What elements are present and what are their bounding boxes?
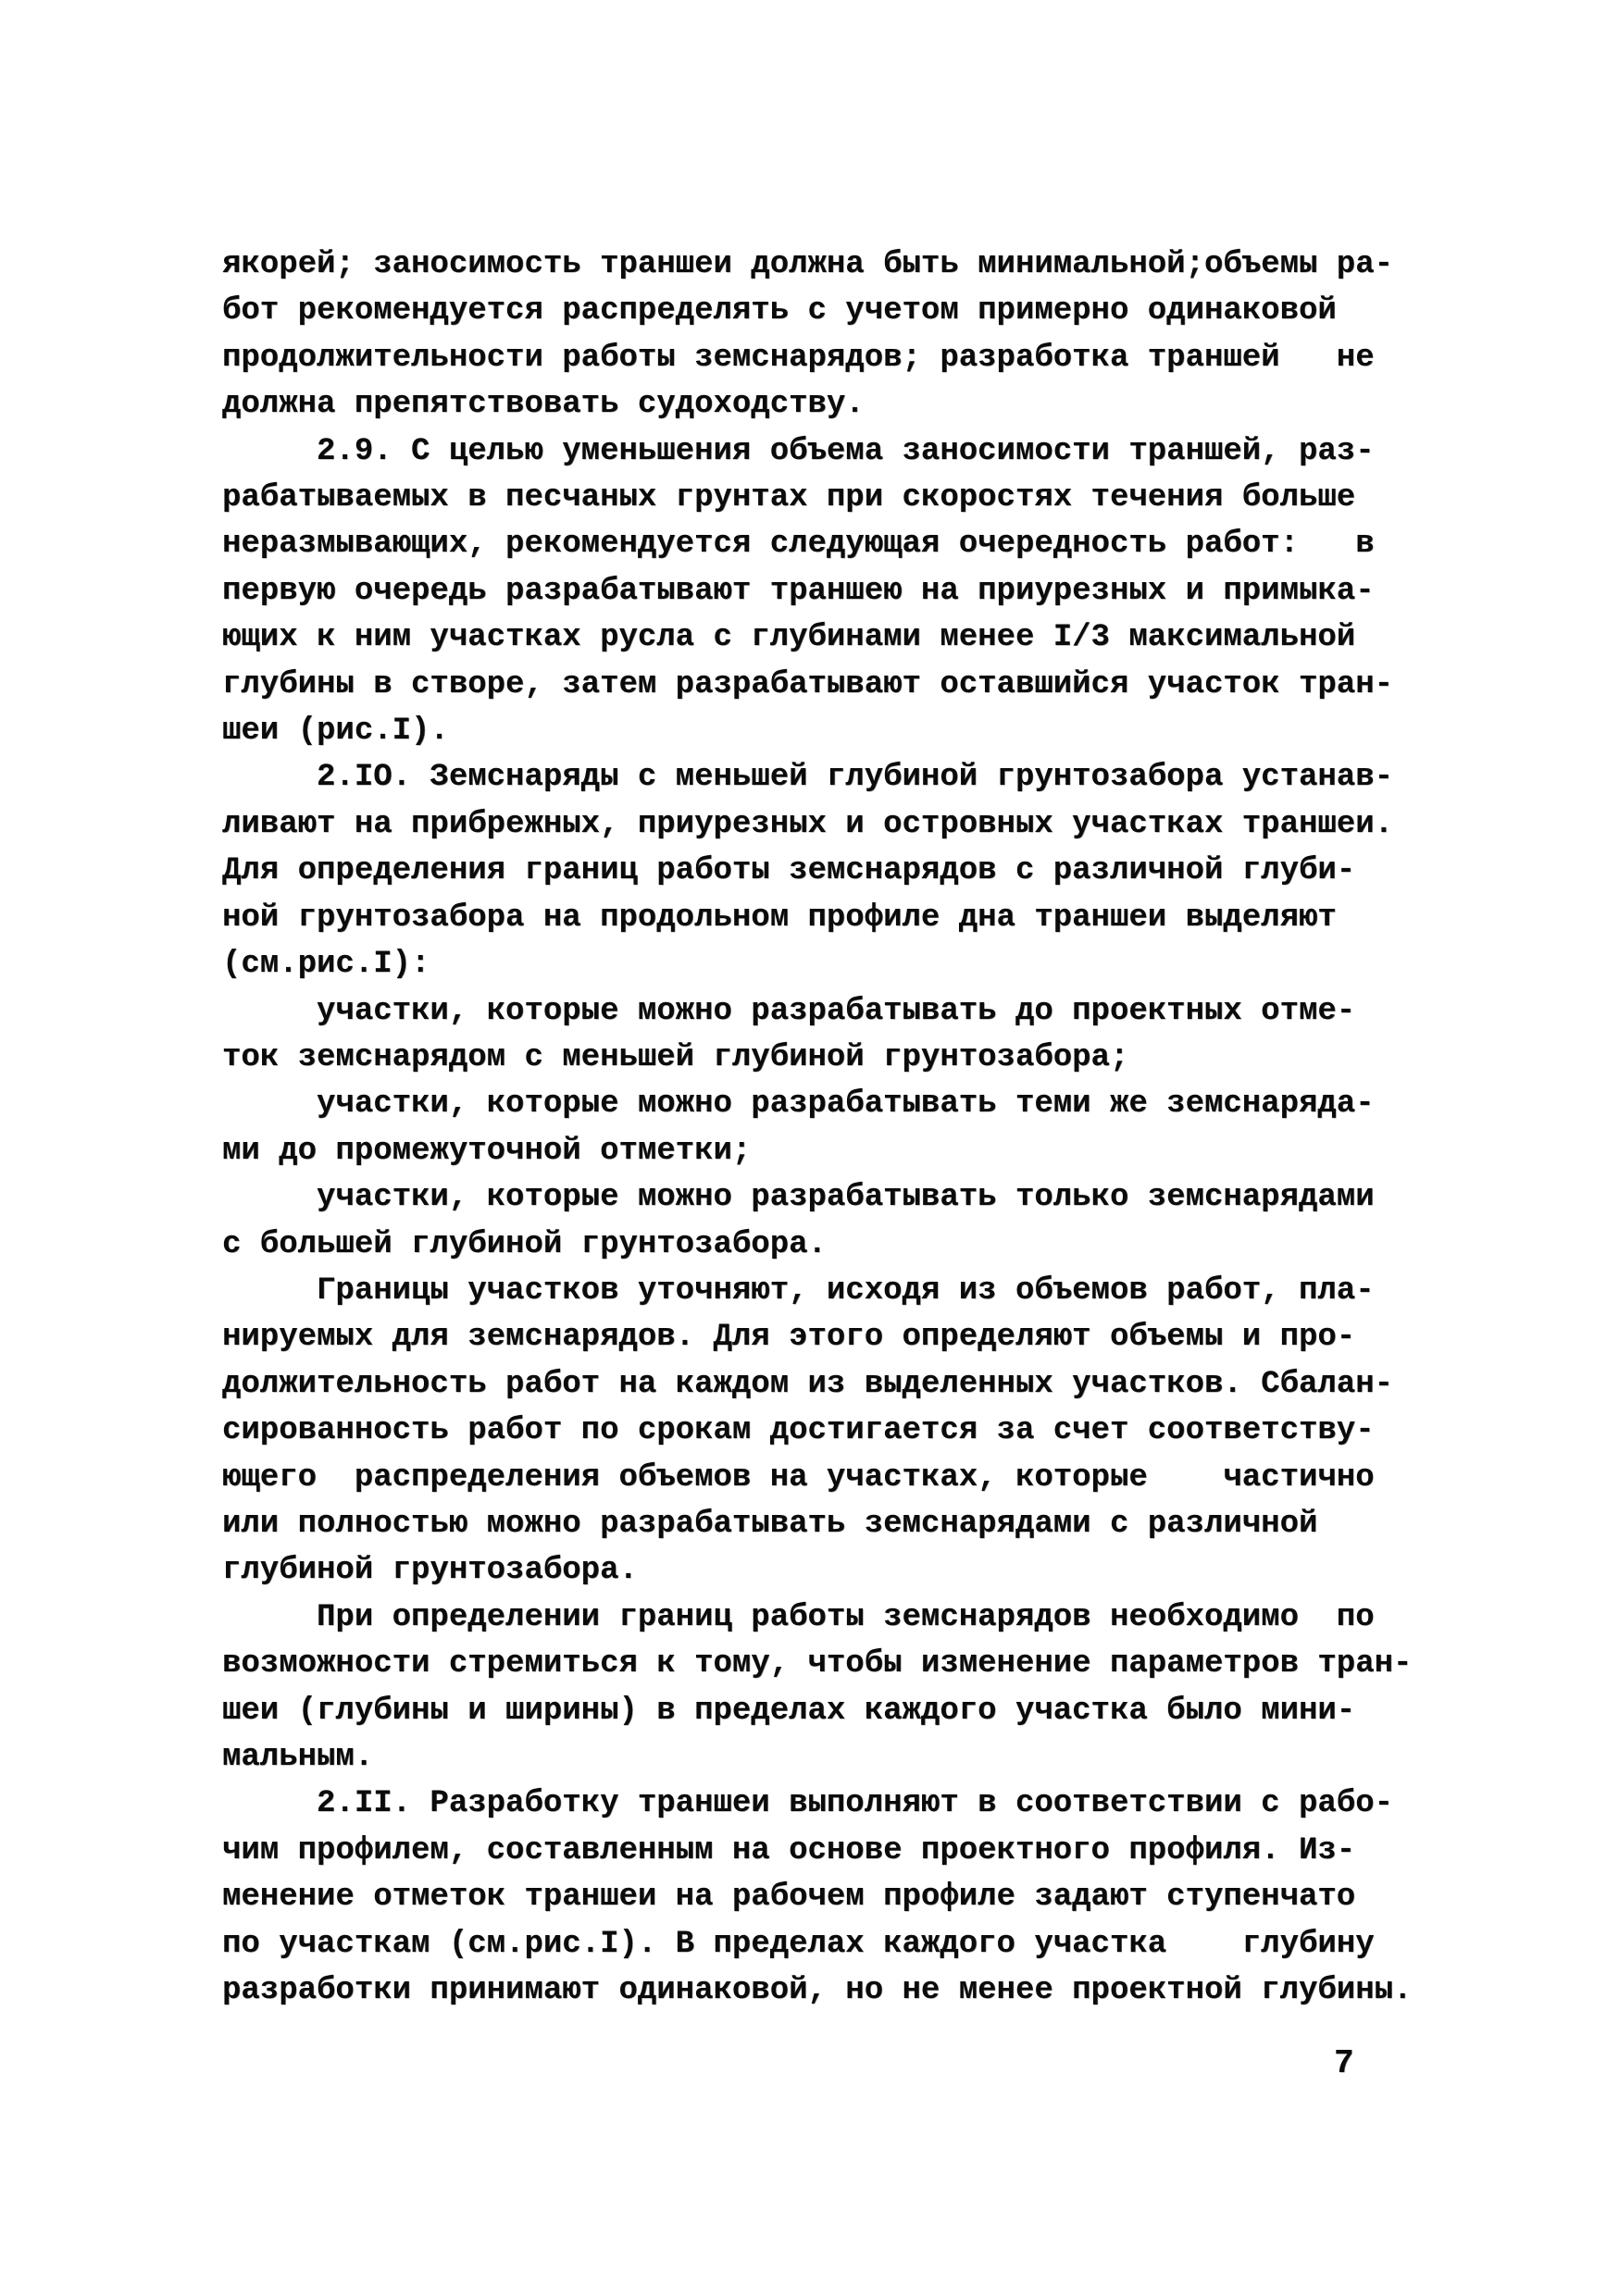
text-line: 2.IO. Земснаряды с меньшей глубиной грун…	[222, 754, 1435, 800]
text-line: ной грунтозабора на продольном профиле д…	[222, 895, 1435, 941]
body-text: якорей; заносимость траншеи должна быть …	[222, 242, 1435, 2014]
text-line: мальным.	[222, 1734, 1435, 1781]
text-line: участки, которые можно разрабатывать тем…	[222, 1081, 1435, 1127]
text-line: рабатываемых в песчаных грунтах при скор…	[222, 475, 1435, 521]
text-line: разработки принимают одинаковой, но не м…	[222, 1967, 1435, 2014]
text-line: участки, которые можно разрабатывать тол…	[222, 1174, 1435, 1221]
text-line: ющего распределения объемов на участках,…	[222, 1455, 1435, 1501]
text-line: шеи (рис.I).	[222, 708, 1435, 754]
text-line: возможности стремиться к тому, чтобы изм…	[222, 1641, 1435, 1687]
text-line: 2.9. С целью уменьшения объема заносимос…	[222, 428, 1435, 475]
text-line: ток земснарядом с меньшей глубиной грунт…	[222, 1035, 1435, 1081]
text-line: неразмывающих, рекомендуется следующая о…	[222, 521, 1435, 567]
text-line: сированность работ по срокам достигается…	[222, 1408, 1435, 1454]
text-line: шеи (глубины и ширины) в пределах каждог…	[222, 1688, 1435, 1734]
text-line: При определении границ работы земснарядо…	[222, 1595, 1435, 1641]
text-line: менение отметок траншеи на рабочем профи…	[222, 1874, 1435, 1920]
text-line: ющих к ним участках русла с глубинами ме…	[222, 614, 1435, 661]
text-line: продолжительности работы земснарядов; ра…	[222, 335, 1435, 381]
document-page: якорей; заносимость траншеи должна быть …	[0, 0, 1619, 2296]
text-line: или полностью можно разрабатывать земсна…	[222, 1501, 1435, 1547]
text-line: глубины в створе, затем разрабатывают ос…	[222, 662, 1435, 708]
text-line: должительность работ на каждом из выделе…	[222, 1361, 1435, 1408]
text-line: Границы участков уточняют, исходя из объ…	[222, 1268, 1435, 1314]
text-line: по участкам (см.рис.I). В пределах каждо…	[222, 1921, 1435, 1967]
page-number: 7	[1334, 2041, 1354, 2087]
text-line: с большей глубиной грунтозабора.	[222, 1222, 1435, 1268]
text-line: глубиной грунтозабора.	[222, 1547, 1435, 1594]
text-line: бот рекомендуется распределять с учетом …	[222, 288, 1435, 334]
text-line: первую очередь разрабатывают траншею на …	[222, 568, 1435, 614]
text-line: чим профилем, составленным на основе про…	[222, 1828, 1435, 1874]
text-line: ми до промежуточной отметки;	[222, 1128, 1435, 1174]
text-line: ливают на прибрежных, приурезных и остро…	[222, 801, 1435, 848]
text-line: (см.рис.I):	[222, 941, 1435, 987]
text-line: 2.II. Разработку траншеи выполняют в соо…	[222, 1781, 1435, 1827]
text-line: участки, которые можно разрабатывать до …	[222, 988, 1435, 1035]
text-line: якорей; заносимость траншеи должна быть …	[222, 242, 1435, 288]
text-line: нируемых для земснарядов. Для этого опре…	[222, 1314, 1435, 1360]
text-line: Для определения границ работы земснарядо…	[222, 848, 1435, 894]
text-line: должна препятствовать судоходству.	[222, 381, 1435, 428]
